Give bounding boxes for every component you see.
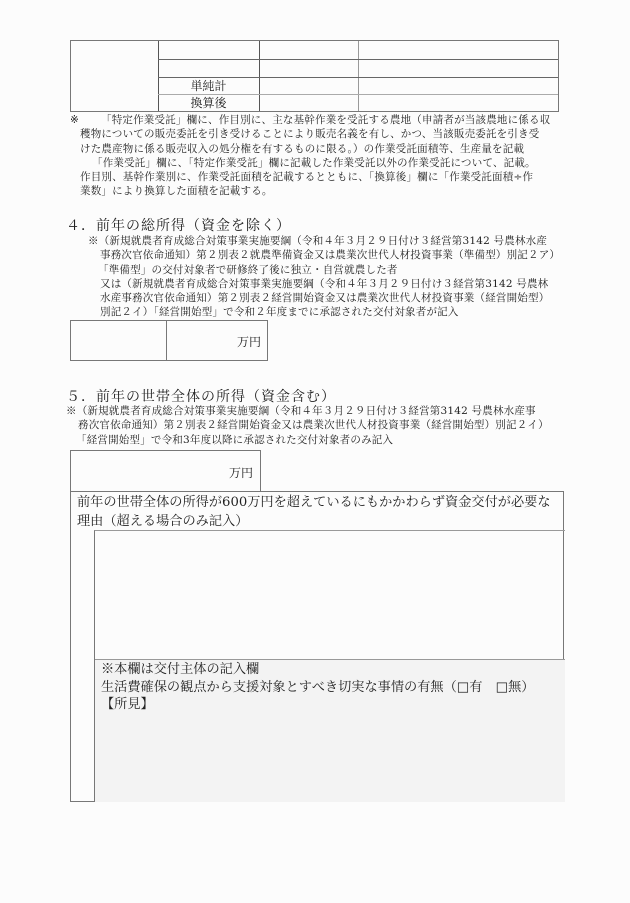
simple-total-value-1[interactable] — [260, 78, 359, 94]
row-label[interactable] — [158, 41, 260, 59]
note-line: 業数」により換算した面積を記載する。 — [80, 184, 568, 198]
note-line: 「経営開始型」で令和3年度以降に承認された交付対象者のみ記入 — [76, 433, 549, 447]
note-line: 「作業受託」欄に、「特定作業受託」欄に記載した作業受託以外の作業受託について、記… — [92, 156, 568, 170]
authority-area: ※本欄は交付主体の記入欄 生活費確保の観点から支援対象とすべき切実な事情の有無（… — [95, 660, 565, 802]
section-5-note: ※（新規就農者育成総合対策事業実施要綱（令和４年３月２９日付け３経営第3142 … — [66, 404, 549, 447]
note-line: 別記２イ）「経営開始型」で令和２年度までに承認された交付対象者が記入 — [100, 305, 560, 319]
section-4-left-cell[interactable] — [71, 321, 167, 360]
remarks-label: 【所見】 — [101, 696, 534, 714]
reason-label-line: 前年の世帯全体の所得が600万円を超えているにもかかわらず資金交付が必要な — [77, 493, 551, 512]
work-table-row-converted: 換算後 — [158, 95, 558, 111]
note-line: 事務次官依命通知）第２別表２就農準備資金又は農業次世代人材投資事業（準備型）別記… — [100, 248, 560, 262]
converted-label: 換算後 — [158, 95, 260, 111]
circumstance-checkbox-line[interactable]: 生活費確保の観点から支援対象とすべき切実な事情の有無（□有 □無） — [101, 679, 534, 697]
note-line: ※（新規就農者育成総合対策事業実施要綱（令和４年３月２９日付け３経営第3142 … — [88, 234, 560, 248]
note-line: 「準備型」の交付対象者で研修終了後に独立・自営就農した者 — [98, 263, 560, 277]
row-value-2[interactable] — [359, 41, 558, 59]
note-line: 「特定作業受託」欄に、作目別に、主な基幹作業を受託する農地（申請者が当該農地に係… — [101, 113, 568, 127]
work-table-note: 「特定作業受託」欄に、作目別に、主な基幹作業を受託する農地（申請者が当該農地に係… — [98, 113, 568, 199]
row-value-1[interactable] — [260, 60, 359, 77]
remarks-input[interactable] — [95, 720, 565, 802]
reason-input[interactable] — [95, 531, 565, 660]
work-table-row-simple-total: 単純計 — [158, 78, 558, 95]
note-line: 又は（新規就農者育成総合対策事業実施要綱（令和４年３月２９日付け３経営第3142… — [100, 277, 560, 291]
work-table: 単純計 換算後 — [70, 40, 559, 112]
work-table-crop-cell[interactable] — [71, 41, 159, 111]
section-4-note: ※（新規就農者育成総合対策事業実施要綱（令和４年３月２９日付け３経営第3142 … — [88, 234, 560, 320]
note-line: 水産事務次官依命通知）第２別表２経営開始資金又は農業次世代人材投資事業（経営開始… — [100, 291, 560, 305]
section-5-income-box[interactable]: 万円 — [70, 450, 261, 492]
row-value-1[interactable] — [260, 41, 359, 59]
section-5-heading: ５．前年の世帯全体の所得（資金含む） — [66, 386, 336, 406]
note-mark: ※ — [70, 113, 79, 127]
reason-inner-box: ※本欄は交付主体の記入欄 生活費確保の観点から支援対象とすべき切実な事情の有無（… — [94, 530, 565, 802]
authority-text: ※本欄は交付主体の記入欄 生活費確保の観点から支援対象とすべき切実な事情の有無（… — [101, 661, 534, 714]
reason-label: 前年の世帯全体の所得が600万円を超えているにもかかわらず資金交付が必要な 理由… — [77, 493, 551, 531]
section-4-income-input[interactable]: 万円 — [167, 321, 267, 360]
work-table-row — [158, 41, 558, 60]
section-4-income-box: 万円 — [70, 320, 268, 361]
note-line: けた農産物に係る販売収入の処分権を有するものに限る。）の作業受託面積等、生産量を… — [80, 142, 568, 156]
section-4-heading: ４．前年の総所得（資金を除く） — [66, 215, 291, 235]
note-line: ※（新規就農者育成総合対策事業実施要綱（令和４年３月２９日付け３経営第3142 … — [66, 404, 549, 418]
section-5-reason-box: 前年の世帯全体の所得が600万円を超えているにもかかわらず資金交付が必要な 理由… — [70, 491, 564, 802]
converted-value-2[interactable] — [359, 95, 558, 111]
row-value-2[interactable] — [359, 60, 558, 77]
note-line: 務次官依命通知）第２別表２経営開始資金又は農業次世代人材投資事業（経営開始型）別… — [78, 418, 549, 432]
note-line: 作目別、基幹作業別に、作業受託面積を記載するとともに、「換算後」欄に「作業受託面… — [80, 170, 568, 184]
simple-total-label: 単純計 — [158, 78, 260, 94]
reason-label-line: 理由（超える場合のみ記入） — [77, 512, 551, 531]
work-table-row — [158, 60, 558, 78]
unit-man-yen: 万円 — [229, 464, 253, 481]
note-line: 穫物についての販売委託を引き受けることにより販売名義を有し、かつ、当該販売委託を… — [80, 127, 568, 141]
simple-total-value-2[interactable] — [359, 78, 558, 94]
authority-note: ※本欄は交付主体の記入欄 — [101, 661, 534, 679]
row-label[interactable] — [158, 60, 260, 77]
converted-value-1[interactable] — [260, 95, 359, 111]
unit-man-yen: 万円 — [237, 333, 261, 350]
